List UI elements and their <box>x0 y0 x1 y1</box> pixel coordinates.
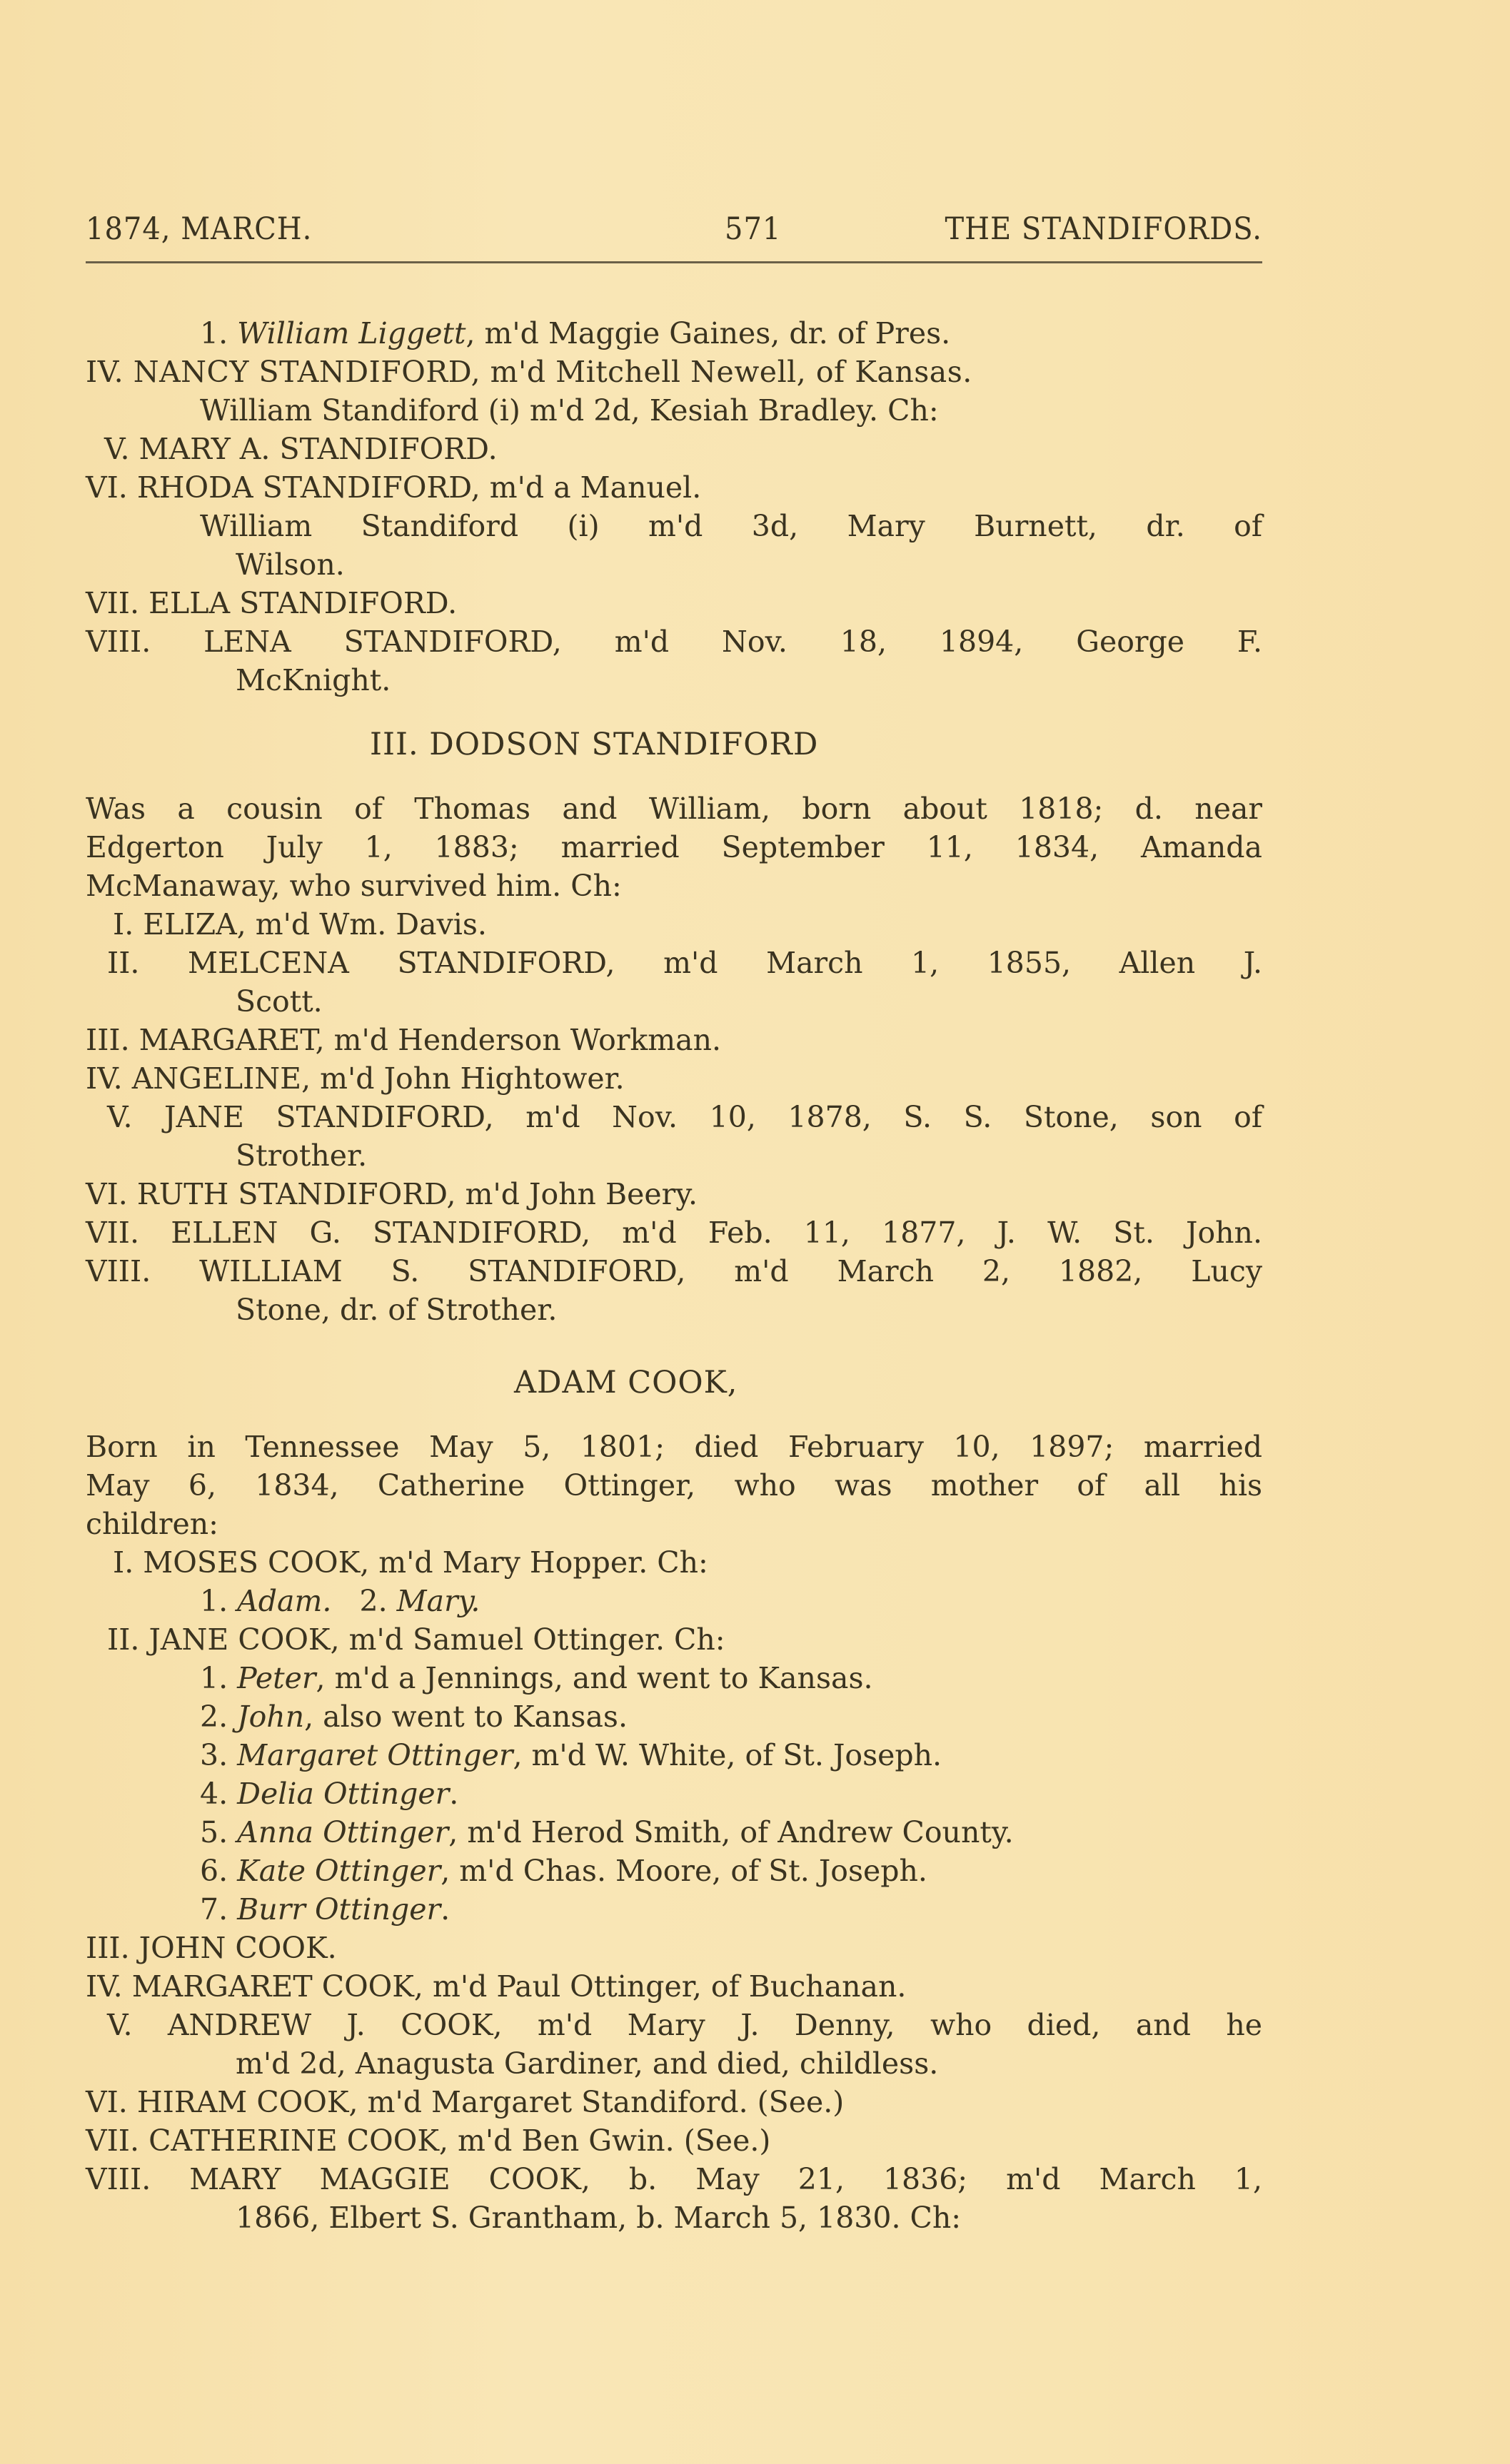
item-text: , m'd a Jennings, and went to Kansas. <box>316 1661 873 1695</box>
paragraph-line: McManaway, who survived him. Ch: <box>86 867 1262 905</box>
item-text: , m'd W. White, of St. Joseph. <box>513 1738 942 1772</box>
running-head-title: THE STANDIFORDS. <box>945 211 1262 247</box>
sub-list-item: 6. Kate Ottinger, m'd Chas. Moore, of St… <box>86 1852 1262 1890</box>
paragraph-line: William Standiford (i) m'd 3d, Mary Burn… <box>86 507 1262 545</box>
child-name: Kate Ottinger <box>237 1854 441 1888</box>
list-item: VIII. MARY MAGGIE COOK, b. May 21, 1836;… <box>86 2160 1262 2198</box>
header-rule <box>86 261 1262 263</box>
list-item: III. MARGARET, m'd Henderson Workman. <box>86 1021 1262 1059</box>
book-page: 1874, MARCH. 571 THE STANDIFORDS. 1. Wil… <box>0 0 1510 2464</box>
item-number: 6. <box>200 1854 228 1888</box>
child-name: Delia Ottinger <box>237 1777 449 1811</box>
paragraph-line: Was a cousin of Thomas and William, born… <box>86 789 1262 828</box>
list-item: V. MARY A. STANDIFORD. <box>86 430 1262 468</box>
list-item: 1. William Liggett, m'd Maggie Gaines, d… <box>86 314 1262 353</box>
spacer <box>86 700 1262 719</box>
list-item: VI. RHODA STANDIFORD, m'd a Manuel. <box>86 468 1262 507</box>
child-name: William Liggett <box>237 316 465 350</box>
list-item: V. ANDREW J. COOK, m'd Mary J. Denny, wh… <box>86 2006 1262 2044</box>
sub-list-item: 1. Peter, m'd a Jennings, and went to Ka… <box>86 1659 1262 1697</box>
item-number: 5. <box>200 1815 228 1849</box>
list-item-continuation: Strother. <box>86 1136 1262 1175</box>
list-item: VIII. LENA STANDIFORD, m'd Nov. 18, 1894… <box>86 622 1262 661</box>
list-item-continuation: Stone, dr. of Strother. <box>86 1291 1262 1329</box>
child-name: John <box>237 1700 304 1734</box>
paragraph-line: May 6, 1834, Catherine Ottinger, who was… <box>86 1466 1262 1505</box>
list-item: VI. HIRAM COOK, m'd Margaret Standiford.… <box>86 2083 1262 2121</box>
list-item-continuation: McKnight. <box>86 661 1262 700</box>
list-item: I. MOSES COOK, m'd Mary Hopper. Ch: <box>86 1543 1262 1582</box>
item-number: 3. <box>200 1738 228 1772</box>
list-item: VII. CATHERINE COOK, m'd Ben Gwin. (See.… <box>86 2121 1262 2160</box>
item-text: , m'd Chas. Moore, of St. Joseph. <box>441 1854 927 1888</box>
sub-list-item: 2. John, also went to Kansas. <box>86 1697 1262 1736</box>
list-item: VI. RUTH STANDIFORD, m'd John Beery. <box>86 1175 1262 1213</box>
item-number: 1. <box>200 1584 228 1618</box>
item-number: 7. <box>200 1892 228 1927</box>
sub-list-item: 5. Anna Ottinger, m'd Herod Smith, of An… <box>86 1813 1262 1852</box>
list-item: IV. NANCY STANDIFORD, m'd Mitchell Newel… <box>86 353 1262 391</box>
item-text: , also went to Kansas. <box>304 1700 628 1734</box>
item-number: 4. <box>200 1777 228 1811</box>
item-number: 2. <box>200 1700 228 1734</box>
list-item: VIII. WILLIAM S. STANDIFORD, m'd March 2… <box>86 1252 1262 1291</box>
item-text: . <box>449 1777 458 1811</box>
paragraph-line: Edgerton July 1, 1883; married September… <box>86 828 1262 867</box>
list-item: IV. MARGARET COOK, m'd Paul Ottinger, of… <box>86 1967 1262 2006</box>
list-item: II. MELCENA STANDIFORD, m'd March 1, 185… <box>86 944 1262 982</box>
child-name: Adam. <box>237 1584 331 1618</box>
item-number: 1. <box>200 1661 228 1695</box>
page-body: 1. William Liggett, m'd Maggie Gaines, d… <box>86 314 1262 2237</box>
item-number: 2. <box>360 1584 388 1618</box>
running-head: 1874, MARCH. 571 THE STANDIFORDS. <box>86 211 1262 250</box>
item-text: , m'd Herod Smith, of Andrew County. <box>448 1815 1013 1849</box>
sub-list-item: 7. Burr Ottinger. <box>86 1890 1262 1929</box>
sub-list: 1. Adam. 2. Mary. <box>86 1582 1262 1620</box>
spacer <box>86 1329 1262 1358</box>
list-item: IV. ANGELINE, m'd John Hightower. <box>86 1059 1262 1098</box>
list-item: VII. ELLA STANDIFORD. <box>86 584 1262 622</box>
spacer <box>86 769 1262 789</box>
sub-list-item: 4. Delia Ottinger. <box>86 1774 1262 1813</box>
child-name: Burr Ottinger <box>237 1892 441 1927</box>
item-number: 1. <box>200 316 228 350</box>
list-item: V. JANE STANDIFORD, m'd Nov. 10, 1878, S… <box>86 1098 1262 1136</box>
paragraph-line: Wilson. <box>86 545 1262 584</box>
item-text: . <box>441 1892 450 1927</box>
list-item: II. JANE COOK, m'd Samuel Ottinger. Ch: <box>86 1620 1262 1659</box>
sub-list-item: 3. Margaret Ottinger, m'd W. White, of S… <box>86 1736 1262 1774</box>
child-name: Peter <box>237 1661 316 1695</box>
child-name: Margaret Ottinger <box>237 1738 513 1772</box>
list-item-continuation: 1866, Elbert S. Grantham, b. March 5, 18… <box>86 2198 1262 2237</box>
list-item-continuation: m'd 2d, Anagusta Gardiner, and died, chi… <box>86 2044 1262 2083</box>
page-number: 571 <box>725 211 781 247</box>
section-heading-adam-cook: ADAM COOK, <box>86 1358 1262 1408</box>
paragraph-line: Born in Tennessee May 5, 1801; died Febr… <box>86 1428 1262 1466</box>
list-item: I. ELIZA, m'd Wm. Davis. <box>86 905 1262 944</box>
item-text: , m'd Maggie Gaines, dr. of Pres. <box>465 316 950 350</box>
paragraph-line: William Standiford (i) m'd 2d, Kesiah Br… <box>86 391 1262 430</box>
child-name: Anna Ottinger <box>237 1815 448 1849</box>
list-item: VII. ELLEN G. STANDIFORD, m'd Feb. 11, 1… <box>86 1213 1262 1252</box>
list-item: III. JOHN COOK. <box>86 1929 1262 1967</box>
list-item-continuation: Scott. <box>86 982 1262 1021</box>
spacer <box>86 1408 1262 1428</box>
child-name: Mary. <box>397 1584 480 1618</box>
section-heading-dodson: III. DODSON STANDIFORD <box>86 719 1262 769</box>
running-head-date: 1874, MARCH. <box>86 211 312 247</box>
paragraph-line: children: <box>86 1505 1262 1543</box>
